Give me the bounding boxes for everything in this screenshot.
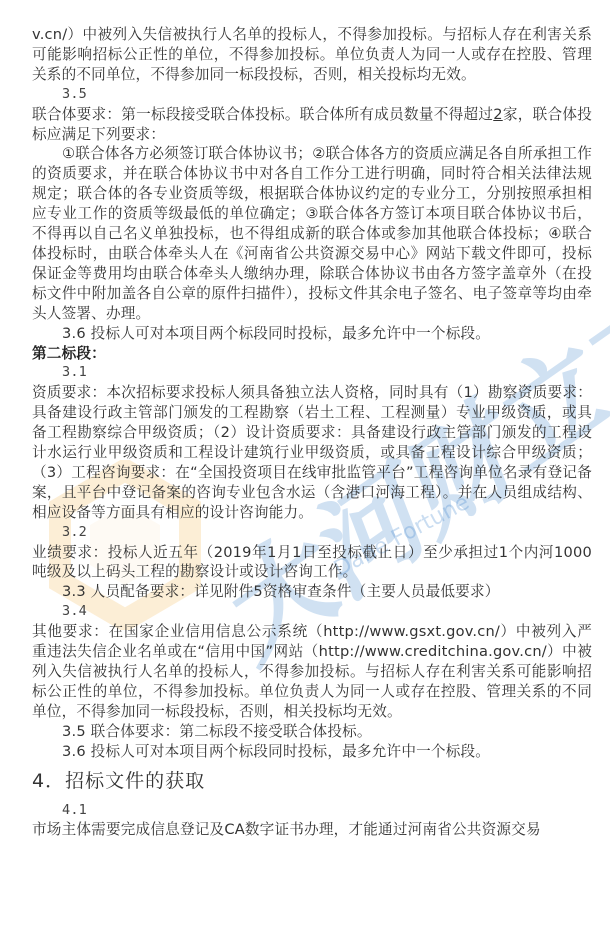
clause-3-6-section2: 3.6 投标人可对本项目两个标段同时投标，最多允许中一个标段。	[32, 742, 592, 762]
clause-3-3-personnel: 3.3 人员配备要求：详见附件5资格审查条件（主要人员最低要求）	[32, 582, 592, 602]
heading-4-obtain-tender-documents: 4．招标文件的获取	[32, 769, 592, 793]
paragraph-other-requirement: 其他要求：在国家企业信用信息公示系统（http://www.gsxt.gov.c…	[32, 622, 592, 722]
paragraph-4-1: 市场主体需要完成信息登记及CA数字证书办理，才能通过河南省公共资源交易	[32, 820, 592, 840]
paragraph-qualification-requirement: 资质要求：本次招标要求投标人须具备独立法人资格，同时具有（1）勘察资质要求：具备…	[32, 383, 592, 522]
consortium-max-members: 2	[493, 106, 503, 123]
clause-number-3-2: 3.2	[32, 523, 592, 543]
consortium-text-before: 联合体要求：第一标段接受联合体投标。联合体所有成员数量不得超过	[32, 106, 493, 123]
paragraph-section1-3-4-end: v.cn/）中被列入失信被执行人名单的投标人，不得参加投标。与招标人存在利害关系…	[32, 25, 592, 85]
section2-title: 第二标段：	[32, 344, 592, 364]
paragraph-performance-requirement: 业绩要求：投标人近五年（2019年1月1日至投标截止日）至少承担过1个内河100…	[32, 543, 592, 583]
clause-3-5-section2: 3.5 联合体要求：第二标段不接受联合体投标。	[32, 722, 592, 742]
clause-number-3-5: 3.5	[32, 85, 592, 105]
clause-number-3-1: 3.1	[32, 363, 592, 383]
clause-number-3-4: 3.4	[32, 602, 592, 622]
paragraph-consortium-detail: ①联合体各方必须签订联合体协议书；②联合体各方的资质应满足各自所承担工作的资质要…	[32, 144, 592, 323]
document-body: v.cn/）中被列入失信被执行人名单的投标人，不得参加投标。与招标人存在利害关系…	[32, 25, 592, 840]
clause-number-4-1: 4.1	[32, 801, 592, 821]
clause-3-6-section1: 3.6 投标人可对本项目两个标段同时投标，最多允许中一个标段。	[32, 324, 592, 344]
paragraph-consortium-requirement: 联合体要求：第一标段接受联合体投标。联合体所有成员数量不得超过2家，联合体投标应…	[32, 105, 592, 145]
